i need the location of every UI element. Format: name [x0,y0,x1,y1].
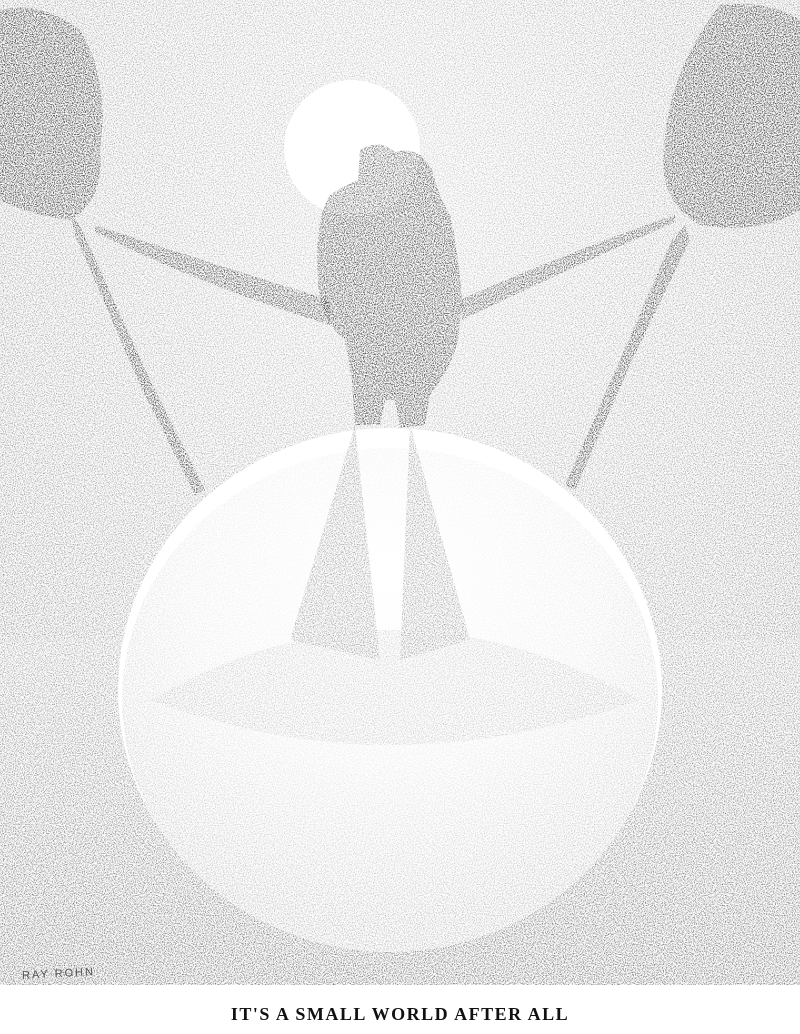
globe [118,425,662,952]
caption: IT'S A SMALL WORLD AFTER ALL [0,1004,800,1025]
illustration [0,0,800,985]
